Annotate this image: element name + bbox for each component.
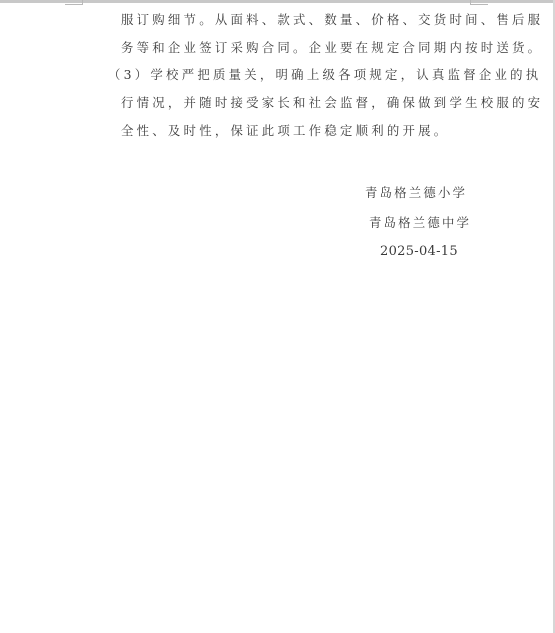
- paragraph-line: 全性、及时性，保证此项工作稳定顺利的开展。: [121, 123, 449, 139]
- document-page[interactable]: 服订购细节。从面料、款式、数量、价格、交货时间、售后服 务等和企业签订采购合同。…: [0, 0, 555, 633]
- signature-org-primary-school: 青岛格兰德小学: [365, 185, 467, 201]
- paragraph-line: 务等和企业签订采购合同。企业要在规定合同期内按时送货。: [121, 40, 543, 56]
- paragraph-line: 行情况，并随时接受家长和社会监督，确保做到学生校服的安: [121, 95, 543, 111]
- paragraph-line: 服订购细节。从面料、款式、数量、价格、交货时间、售后服: [121, 12, 543, 28]
- signature-date: 2025-04-15: [380, 244, 458, 260]
- paragraph-line-item-3: （3）学校严把质量关，明确上级各项规定，认真监督企业的执: [108, 67, 541, 83]
- signature-org-middle-school: 青岛格兰德中学: [369, 215, 471, 231]
